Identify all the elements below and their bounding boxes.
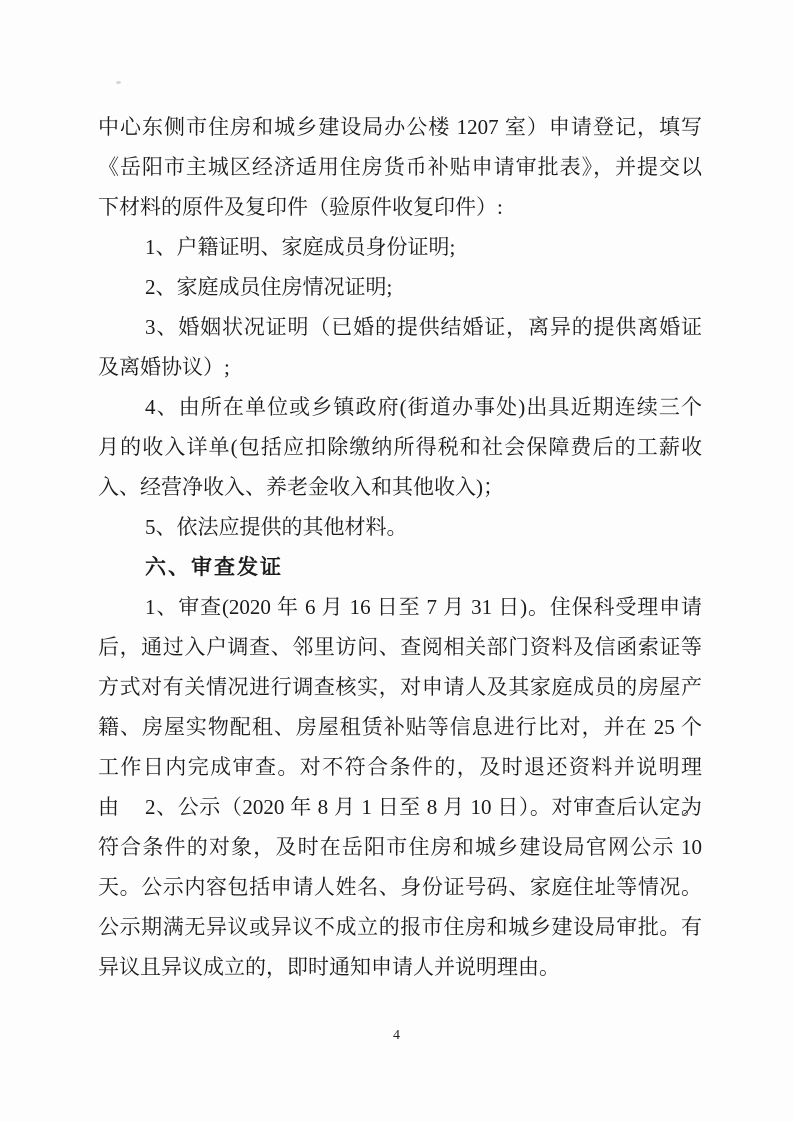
page-number: 4	[0, 1026, 793, 1046]
text-line: 公示期满无异议或异议不成立的报市住房和城乡建设局审批。有	[98, 907, 702, 947]
text-line: 籍、房屋实物配租、房屋租赁补贴等信息进行比对，并在 25 个	[98, 707, 702, 747]
text-line: 方式对有关情况进行调查核实，对申请人及其家庭成员的房屋产	[98, 667, 702, 707]
text-line: 中心东侧市住房和城乡建设局办公楼 1207 室）申请登记，填写	[98, 107, 702, 147]
list-item-3: 3、婚姻状况证明（已婚的提供结婚证，离异的提供离婚证	[98, 307, 702, 347]
text-line: 符合条件的对象，及时在岳阳市住房和城乡建设局官网公示 10	[98, 827, 702, 867]
text-line: 异议且异议成立的，即时通知申请人并说明理由。	[98, 947, 702, 987]
list-item-2: 2、家庭成员住房情况证明;	[98, 267, 702, 307]
list-item-4: 4、由所在单位或乡镇政府(街道办事处)出具近期连续三个	[98, 387, 702, 427]
text-line: 天。公示内容包括申请人姓名、身份证号码、家庭住址等情况。	[98, 867, 702, 907]
list-item-5: 5、依法应提供的其他材料。	[98, 507, 702, 547]
text-line: 月的收入详单(包括应扣除缴纳所得税和社会保障费后的工薪收	[98, 427, 702, 467]
text-line: 及离婚协议）;	[98, 347, 702, 387]
document-text-block: 中心东侧市住房和城乡建设局办公楼 1207 室）申请登记，填写 《岳阳市主城区经…	[98, 107, 702, 987]
list-item-1: 1、户籍证明、家庭成员身份证明;	[98, 227, 702, 267]
scan-speck	[116, 81, 121, 84]
paragraph-review: 1、审查(2020 年 6 月 16 日至 7 月 31 日)。住保科受理申请	[98, 587, 702, 627]
document-page: 中心东侧市住房和城乡建设局办公楼 1207 室）申请登记，填写 《岳阳市主城区经…	[0, 0, 793, 1122]
section-heading: 六、审查发证	[98, 547, 702, 587]
paragraph-publicity: 2、公示（2020 年 8 月 1 日至 8 月 10 日）。对审查后认定为	[98, 787, 702, 827]
text-line: 《岳阳市主城区经济适用住房货币补贴申请审批表》，并提交以	[98, 147, 702, 187]
text-line: 入、经营净收入、养老金收入和其他收入)；	[98, 467, 702, 507]
text-line: 下材料的原件及复印件（验原件收复印件）:	[98, 187, 702, 227]
text-line: 工作日内完成审查。对不符合条件的，及时退还资料并说明理由。	[98, 747, 702, 787]
text-line: 后，通过入户调查、邻里访问、查阅相关部门资料及信函索证等	[98, 627, 702, 667]
